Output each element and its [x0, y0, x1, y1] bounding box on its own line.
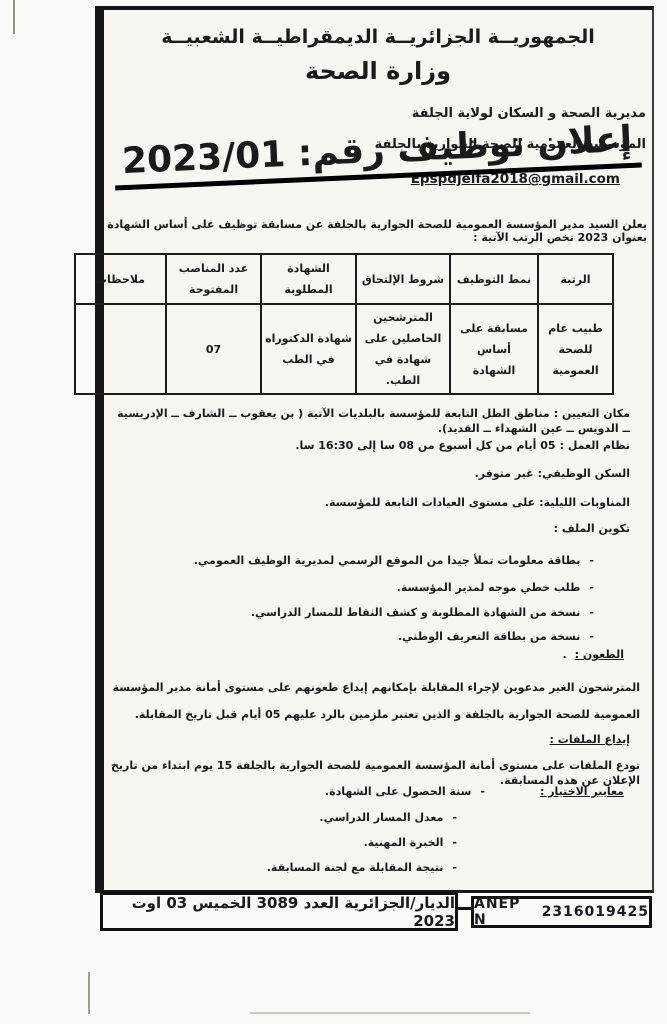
anep-label: ANEP N: [474, 896, 526, 928]
housing-label: السكن الوظيفي:: [538, 467, 630, 480]
header-positions: عدد المناصب المفتوحة: [166, 254, 261, 304]
header-rank: الرتبة: [538, 254, 613, 304]
scanned-document-page: الجمهوريــة الجزائريــة الديمقراطيــة ال…: [0, 0, 667, 1024]
criteria-item: -معدل المسار الدراسي.: [319, 810, 457, 825]
criteria-heading-line: معايير الاختيار : -سنة الحصول على الشهاد…: [325, 784, 624, 799]
bullet-dash: -: [452, 811, 457, 824]
appeals-heading-line: الطعون :.: [562, 647, 624, 662]
republic-title: الجمهوريــة الجزائريــة الديمقراطيــة ال…: [104, 26, 652, 48]
file-item: -نسخة من الشهادة المطلوبة و كشف النقاط ل…: [106, 605, 594, 620]
work-schedule-label: نظام العمل :: [560, 439, 630, 452]
file-item: -نسخة من بطاقة التعريف الوطني.: [106, 629, 594, 644]
criteria-item-text: سنة الحصول على الشهادة.: [325, 785, 472, 798]
housing-text: غير متوفر.: [475, 467, 534, 480]
bullet-dash: -: [589, 581, 594, 594]
header-notes: ملاحظات: [75, 254, 166, 304]
deposit-heading-text: إيداع الملفات :: [550, 733, 630, 746]
appointment-place-line: مكان التعيين :مناطق الظل التابعة للمؤسسة…: [106, 406, 630, 436]
cell-notes: [75, 304, 166, 394]
scan-artifact-line: [13, 0, 15, 34]
work-schedule-text: 05 أيام من كل أسبوع من 08 سا إلى 16:30 س…: [295, 439, 555, 452]
file-item-text: نسخة من بطاقة التعريف الوطني.: [398, 630, 580, 643]
file-item: -بطاقة معلومات تملأ جيدا من الموقع الرسم…: [106, 553, 594, 568]
scan-artifact-line: [250, 1012, 530, 1014]
bullet-dash: -: [589, 630, 594, 643]
night-shifts-label: المناوبات الليلية:: [539, 496, 630, 509]
criteria-item-text: الخبرة المهنية.: [364, 836, 444, 849]
housing-line: السكن الوظيفي:غير متوفر.: [106, 466, 630, 481]
bullet-dash: -: [589, 554, 594, 567]
anep-number: 2316019425: [542, 904, 649, 920]
criteria-heading: معايير الاختيار :: [540, 784, 624, 799]
criteria-item-text: نتيجة المقابلة مع لجنة المسابقة.: [267, 861, 444, 874]
header-mode: نمط التوظيف: [450, 254, 538, 304]
table-header-row: الرتبة نمط التوظيف شروط الإلتحاق الشهادة…: [75, 254, 613, 304]
cell-conditions: المترشحين الحاصلين على شهادة في الطب.: [356, 304, 450, 394]
cell-rank: طبيب عام للصحة العمومية: [538, 304, 613, 394]
footer-connector-line: [456, 907, 471, 910]
deposit-heading: إيداع الملفات :: [550, 732, 630, 747]
appointment-place-label: مكان التعيين :: [554, 407, 630, 420]
newspaper-reference-box: الديار/الجزائرية العدد 3089 الخميس 03 او…: [100, 892, 458, 931]
table-row: طبيب عام للصحة العمومية مسابقة على أساس …: [75, 304, 613, 394]
file-item-text: طلب خطي موجه لمدير المؤسسة.: [397, 581, 581, 594]
file-item-text: نسخة من الشهادة المطلوبة و كشف النقاط لل…: [251, 606, 581, 619]
work-schedule-line: نظام العمل :05 أيام من كل أسبوع من 08 سا…: [106, 438, 630, 453]
recruitment-table: الرتبة نمط التوظيف شروط الإلتحاق الشهادة…: [74, 253, 614, 395]
header-certificate: الشهادة المطلوبة: [261, 254, 356, 304]
anep-box: ANEP N 2316019425: [471, 896, 652, 928]
newspaper-reference-text: الديار/الجزائرية العدد 3089 الخميس 03 او…: [103, 894, 455, 930]
intro-text: يعلن السيد مدير المؤسسة العمومية للصحة ا…: [106, 218, 647, 244]
criteria-item: -الخبرة المهنية.: [364, 835, 457, 850]
criteria-item-text: معدل المسار الدراسي.: [319, 811, 443, 824]
appeals-text: المترشحون الغير مدعوين لإجراء المقابلة ب…: [110, 674, 640, 728]
criteria-item: -سنة الحصول على الشهادة.: [325, 784, 485, 799]
cell-certificate: شهادة الدكتوراه في الطب: [261, 304, 356, 394]
file-item-text: بطاقة معلومات تملأ جيدا من الموقع الرسمي…: [194, 554, 581, 567]
bullet-dash: -: [452, 836, 457, 849]
file-item: -طلب خطي موجه لمدير المؤسسة.: [106, 580, 594, 595]
ministry-title: وزارة الصحة: [104, 57, 652, 85]
night-shifts-text: على مستوى العيادات التابعة للمؤسسة.: [325, 496, 535, 509]
file-section-heading: تكوين الملف :: [554, 521, 630, 536]
criteria-item: -نتيجة المقابلة مع لجنة المسابقة.: [267, 860, 457, 875]
document-frame: الجمهوريــة الجزائريــة الديمقراطيــة ال…: [95, 6, 654, 893]
cell-positions: 07: [166, 304, 261, 394]
scan-artifact-line: [88, 972, 90, 1014]
night-shifts-line: المناوبات الليلية:على مستوى العيادات الت…: [106, 495, 630, 510]
bullet-dash: -: [589, 606, 594, 619]
appeals-heading: الطعون :: [575, 648, 624, 661]
bullet-dash: -: [452, 861, 457, 874]
period-mark: .: [562, 648, 566, 661]
bullet-dash: -: [480, 785, 485, 798]
cell-mode: مسابقة على أساس الشهادة: [450, 304, 538, 394]
header-conditions: شروط الإلتحاق: [356, 254, 450, 304]
